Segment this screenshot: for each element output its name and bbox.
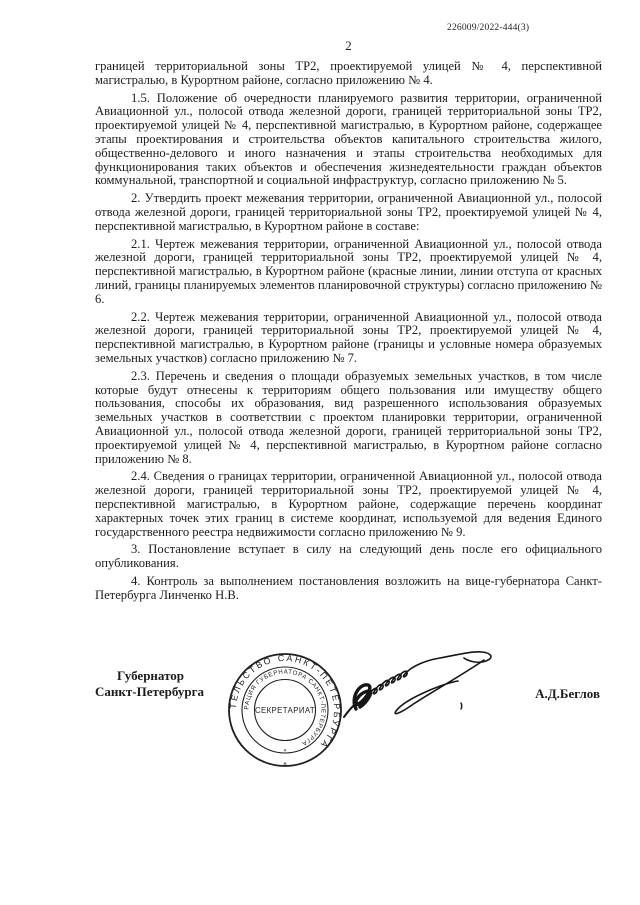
paragraph: 2.4. Сведения о границах территории, огр…: [95, 470, 602, 539]
body-paragraphs: границей территориальной зоны ТР2, проек…: [95, 60, 602, 606]
paragraph: границей территориальной зоны ТР2, проек…: [95, 60, 602, 88]
page-number: 2: [95, 38, 602, 54]
doc-number: 226009/2022-444(3): [447, 23, 529, 33]
stamp-center-text: СЕКРЕТАРИАТ: [255, 706, 315, 715]
signature-title: Губернатор Санкт-Петербурга: [95, 668, 204, 699]
signature-title-line1: Губернатор: [95, 668, 204, 684]
paragraph: 2.1. Чертеж межевания территории, ограни…: [95, 238, 602, 307]
paragraph: 1.5. Положение об очередности планируемо…: [95, 92, 602, 189]
document-page: 226009/2022-444(3) 2 границей территориа…: [0, 0, 640, 905]
stamp-middle-separator: *: [283, 745, 286, 752]
signature-tick: [461, 703, 462, 709]
signature-title-line2: Санкт-Петербурга: [95, 684, 204, 700]
paragraph: 3. Постановление вступает в силу на след…: [95, 543, 602, 571]
stamp-outer-separator: *: [283, 757, 287, 767]
paragraph: 2.2. Чертеж межевания территории, ограни…: [95, 311, 602, 366]
paragraph: 2. Утвердить проект межевания территории…: [95, 192, 602, 233]
paragraph: 2.3. Перечень и сведения о площади образ…: [95, 370, 602, 467]
handwritten-signature-icon: [320, 645, 515, 725]
signature-flourish: [395, 660, 484, 714]
paragraph: 4. Контроль за выполнением постановления…: [95, 575, 602, 603]
